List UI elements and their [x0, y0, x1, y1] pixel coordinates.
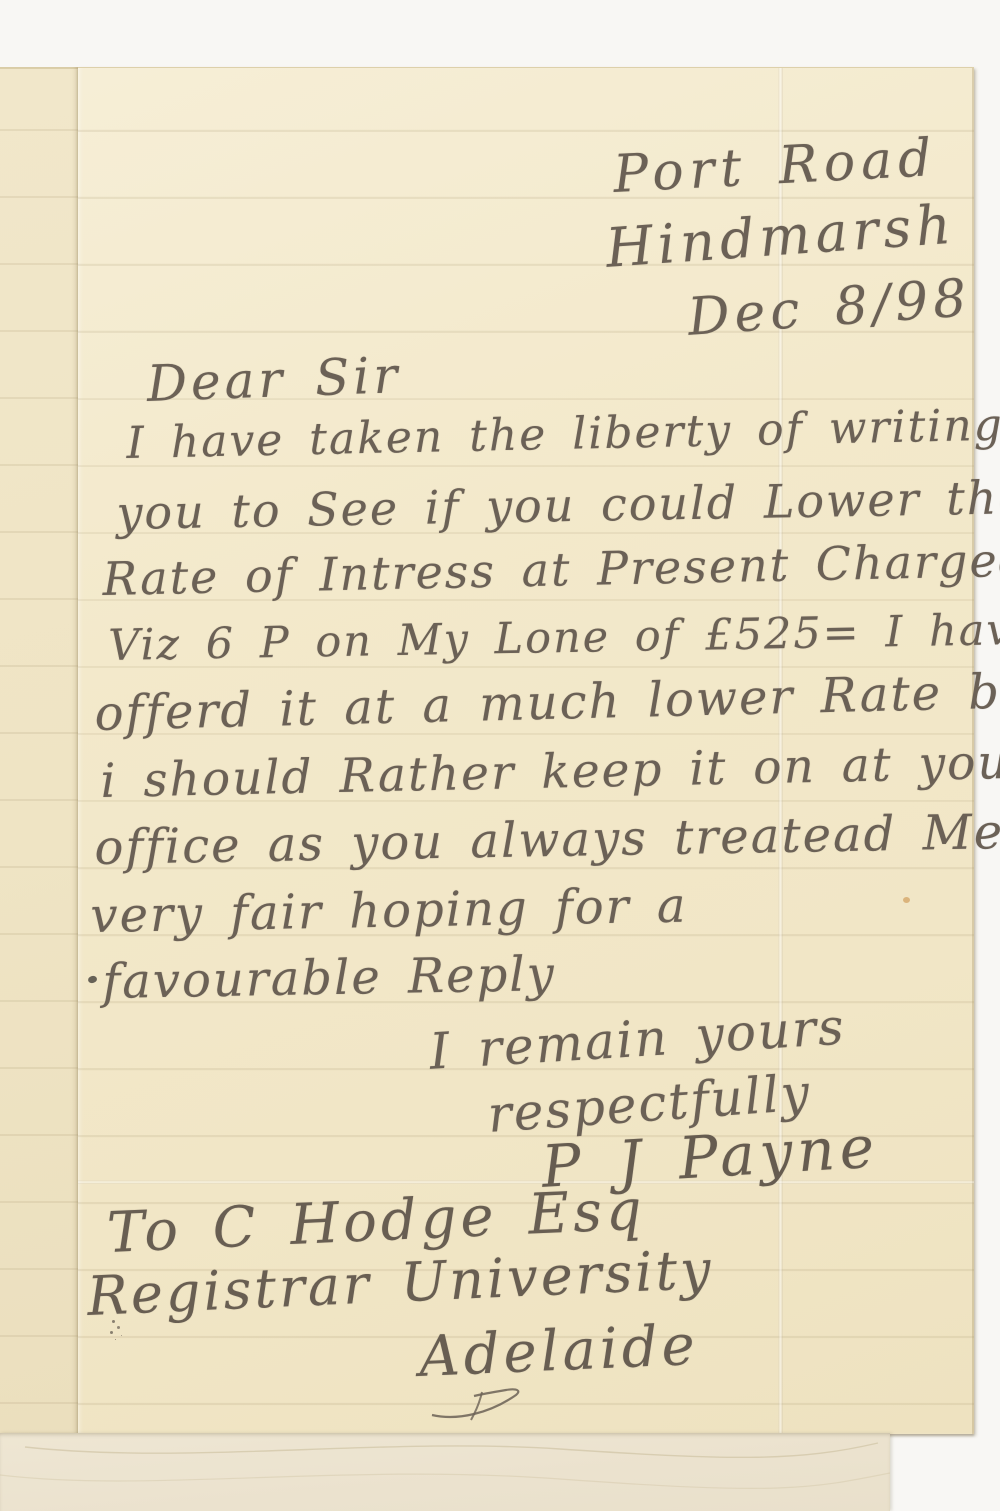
page-fold-left-strip: [0, 67, 78, 1433]
under-page: [0, 1433, 890, 1511]
salutation: Dear Sir: [146, 349, 402, 410]
ink-speckles: [112, 1320, 115, 1323]
body-line: favourable Reply: [102, 949, 556, 1007]
foxing-spot: [903, 897, 910, 903]
ruled-lines: [0, 67, 78, 1433]
pen-flourish-icon: [424, 1383, 534, 1423]
address-line-city: Adelaide: [418, 1317, 700, 1388]
paper-wrinkles: [0, 1433, 890, 1511]
body-line: very fair hoping for a: [90, 881, 688, 942]
scan-background: Port Road Hindmarsh Dec 8/98 Dear Sir I …: [0, 0, 1000, 1511]
